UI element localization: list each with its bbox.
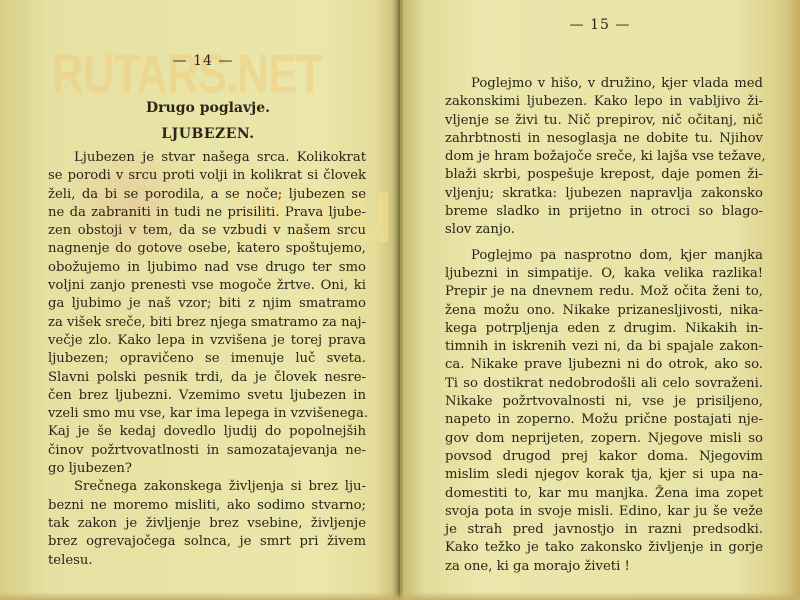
- text-line: je strah pred javnostjo in razni predsod…: [445, 521, 763, 539]
- text-line: ga ljubimo je naš vzor; biti z njim smat…: [48, 295, 366, 313]
- text-line: Kaj je še kedaj dovedlo ljudij do popoln…: [48, 423, 366, 441]
- text-line: Prepir je na dnevnem redu. Mož očita žen…: [445, 283, 763, 301]
- text-line: Kako težko je tako zakonsko življenje in…: [445, 539, 763, 557]
- paragraph: Poglejmo v hišo, v družino, kjer vlada m…: [445, 75, 763, 240]
- text-line: napeto in zoperno. Možu prične postajati…: [445, 411, 763, 429]
- text-line: go ljubezen?: [48, 460, 366, 478]
- text-line: dom je hram božajoče sreče, ki lajša vse…: [445, 148, 763, 166]
- text-line: Slavni polski pesnik trdi, da je človek …: [48, 369, 366, 387]
- text-line: povsod drugod prej kakor doma. Njegovim: [445, 448, 763, 466]
- text-line: Ti so dostikrat nedobrodošli ali celo so…: [445, 375, 763, 393]
- text-line: vljenju; skratka: ljubezen napravlja zak…: [445, 185, 763, 203]
- text-line: ljubezni in simpatije. O, kaka velika ra…: [445, 265, 763, 283]
- text-line: zahrbtnosti in nesoglasja ne dobite tu. …: [445, 130, 763, 148]
- text-line: žena možu ono. Nikake prizanesljivosti, …: [445, 302, 763, 320]
- paragraph: Poglejmo pa nasprotno dom, kjer manjka l…: [445, 247, 763, 576]
- body-text: Ljubezen je stvar našega srca. Kolikokra…: [48, 149, 366, 570]
- text-line: vljenje se živi tu. Nič prepirov, nič oč…: [445, 112, 763, 130]
- chapter-label: Drugo poglavje.: [8, 100, 408, 116]
- text-line: bezni ne moremo misliti, ako sodimo stva…: [48, 497, 366, 515]
- paragraph: Ljubezen je stvar našega srca. Kolikokra…: [48, 149, 366, 478]
- text-line: ljubezen; opravičeno se imenuje luč svet…: [48, 350, 366, 368]
- body-text: Poglejmo v hišo, v družino, kjer vlada m…: [445, 75, 763, 576]
- text-line: breme sladko in prijetno in otroci so bl…: [445, 203, 763, 221]
- text-line: želi, da bi se porodila, a se noče; ljub…: [48, 186, 366, 204]
- text-line: svoja pota in svoje misli. Edino, kar ju…: [445, 503, 763, 521]
- text-line: činov požrtvovatlnosti in samozatajevanj…: [48, 442, 366, 460]
- text-line: blaži skrbi, pospešuje krepost, daje pom…: [445, 166, 763, 184]
- book-spread: RUTARS.NET w.ru — 14 — Drugo poglavje. L…: [0, 0, 800, 600]
- page-number: — 15 —: [400, 17, 800, 33]
- text-line: telesu.: [48, 552, 366, 570]
- text-line: čen brez ljubezni. Vzemimo svetu ljubeze…: [48, 387, 366, 405]
- text-line: Poglejmo v hišo, v družino, kjer vlada m…: [445, 75, 763, 93]
- text-line: vzeli smo mu vse, kar ima lepega in vzvi…: [48, 405, 366, 423]
- text-line: Nikake požrtvovalnosti ni, vse je prisil…: [445, 393, 763, 411]
- text-line: večje zlo. Kako lepa in vzvišena je tore…: [48, 332, 366, 350]
- text-line: zakonskimi ljubezen. Kako lepo in vablji…: [445, 93, 763, 111]
- paragraph-gap: [445, 240, 763, 247]
- text-line: obožujemo in ljubimo nad vse drugo ter s…: [48, 259, 366, 277]
- text-line: ne da zabraniti in tudi ne prisiliti. Pr…: [48, 204, 366, 222]
- text-line: kega potrpljenja eden z drugim. Nikakih …: [445, 320, 763, 338]
- left-page: — 14 — Drugo poglavje. LJUBEZEN. Ljubeze…: [0, 0, 400, 600]
- text-line: mislim sledi njegov korak tja, kjer si u…: [445, 466, 763, 484]
- paragraph: Srečnega zakonskega življenja si brez lj…: [48, 478, 366, 569]
- text-line: domestiti to, kar mu manjka. Žena ima zo…: [445, 485, 763, 503]
- page-number: — 14 —: [3, 53, 403, 69]
- text-line: se porodi v srcu proti volji in kolikrat…: [48, 167, 366, 185]
- text-line: za one, ki ga morajo živeti !: [445, 558, 763, 576]
- text-line: voljni zanjo prenesti vse mogoče žrtve. …: [48, 277, 366, 295]
- text-line: Ljubezen je stvar našega srca. Kolikokra…: [48, 149, 366, 167]
- text-line: timnih in iskrenih vezi ni, da bi spajal…: [445, 338, 763, 356]
- text-line: brez ogrevajočega solnca, je smrt pri ži…: [48, 533, 366, 551]
- text-line: nagnenje do gotove osebe, katero spoštuj…: [48, 240, 366, 258]
- text-line: gov dom neprijeten, zopern. Njegove misl…: [445, 430, 763, 448]
- text-line: za višek sreče, biti brez njega smatramo…: [48, 314, 366, 332]
- right-page: — 15 — Poglejmo v hišo, v družino, kjer …: [400, 0, 800, 600]
- text-line: slov zanjo.: [445, 221, 763, 239]
- chapter-title: LJUBEZEN.: [8, 126, 408, 142]
- text-line: zen obstoji v tem, da se vzbudi v našem …: [48, 222, 366, 240]
- text-line: tak zakon je življenje brez vsebine, živ…: [48, 515, 366, 533]
- text-line: Poglejmo pa nasprotno dom, kjer manjka: [445, 247, 763, 265]
- text-line: Srečnega zakonskega življenja si brez lj…: [48, 478, 366, 496]
- text-line: ca. Nikake prave ljubezni ni do otrok, a…: [445, 356, 763, 374]
